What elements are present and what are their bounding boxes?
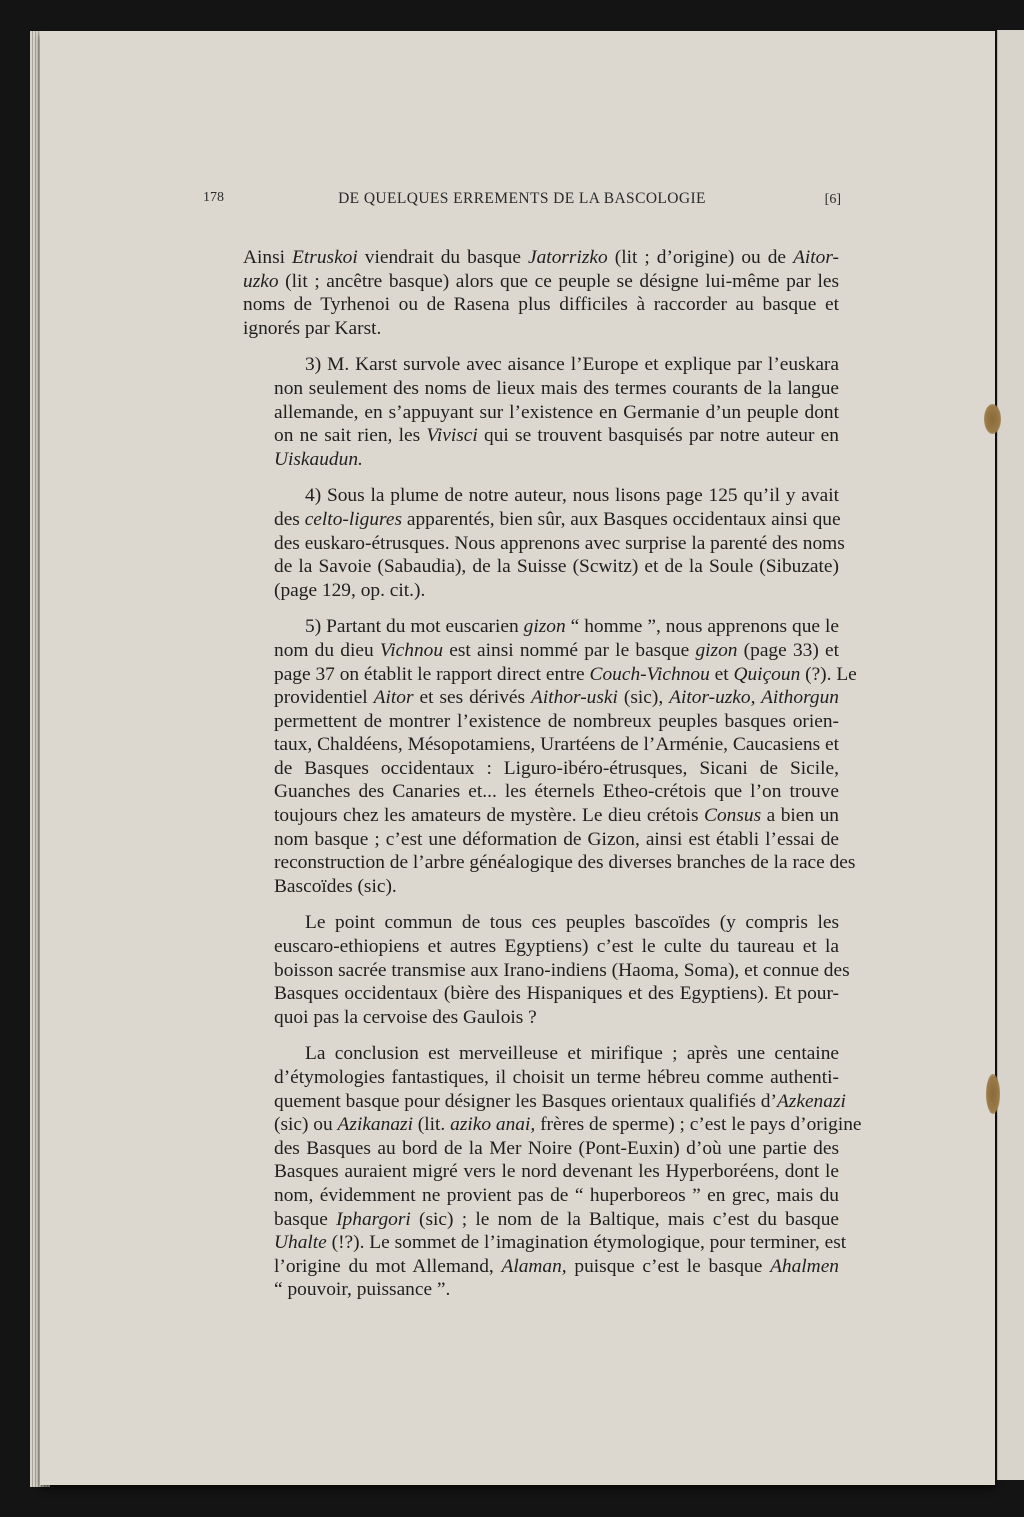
text-line: des celto-ligures apparentés, bien sûr, … — [243, 508, 839, 532]
text-line: (sic) ou Azikanazi (lit. aziko anai, frè… — [243, 1113, 839, 1137]
italic-term: Aitor-uzko, Aithorgun — [669, 687, 839, 708]
text-line: nom, évidemment ne provient pas de “ hup… — [243, 1184, 839, 1208]
text-run: apparentés, bien sûr, aux Basques occide… — [402, 509, 841, 530]
text-run: basque — [274, 1209, 336, 1230]
text-run: et — [710, 664, 734, 685]
text-run: permettent de montrer l’existence de nom… — [274, 711, 839, 732]
text-run: reconstruction de l’arbre généalogique d… — [274, 852, 855, 873]
text-line: basque Iphargori (sic) ; le nom de la Ba… — [243, 1208, 839, 1232]
italic-term: Iphargori — [336, 1209, 411, 1230]
italic-term: Azikanazi — [338, 1114, 413, 1135]
text-run: Bascoïdes (sic). — [274, 876, 397, 897]
text-run: (!?). Le sommet de l’imagination étymolo… — [327, 1232, 846, 1253]
text-line: allemande, en s’appuyant sur l’existence… — [243, 401, 839, 425]
text-run: ignorés par Karst. — [243, 318, 381, 339]
text-line: quoi pas la cervoise des Gaulois ? — [243, 1006, 839, 1030]
text-run: puisque c’est le basque — [567, 1256, 770, 1277]
text-line: Basques auraient migré vers le nord deve… — [243, 1160, 839, 1184]
text-run: (page 33) et — [737, 640, 839, 661]
italic-term: Quiçoun — [733, 664, 800, 685]
text-run: des Basques au bord de la Mer Noire (Pon… — [274, 1138, 839, 1159]
paragraph: 3) M. Karst survole avec aisance l’Europ… — [243, 353, 839, 471]
text-line: La conclusion est merveilleuse et mirifi… — [243, 1042, 839, 1066]
text-run: “ homme ”, nous apprenons que le — [566, 616, 839, 637]
italic-term: Vivisci — [426, 425, 477, 446]
body-text: Ainsi Etruskoi viendrait du basque Jator… — [243, 246, 839, 1315]
text-line: taux, Chaldéens, Mésopotamiens, Urartéen… — [243, 733, 839, 757]
text-run: taux, Chaldéens, Mésopotamiens, Urartéen… — [274, 734, 839, 755]
paragraph: Ainsi Etruskoi viendrait du basque Jator… — [243, 246, 839, 340]
text-run: euscaro-ethiopiens et autres Egyptiens) … — [274, 936, 839, 957]
text-run: (sic) ou — [274, 1114, 338, 1135]
text-run: nom basque ; c’est une déformation de Gi… — [274, 829, 839, 850]
text-run: nom du dieu — [274, 640, 380, 661]
italic-term: celto-ligures — [305, 509, 402, 530]
text-line: reconstruction de l’arbre généalogique d… — [243, 851, 839, 875]
paragraph: 5) Partant du mot euscarien gizon “ homm… — [243, 615, 839, 898]
text-line: ignorés par Karst. — [243, 317, 839, 341]
italic-term: Ahalmen — [770, 1256, 839, 1277]
binding-stain-upper — [984, 404, 1001, 434]
italic-term: Uhalte — [274, 1232, 327, 1253]
text-line: Basques occidentaux (bière des Hispaniqu… — [243, 982, 839, 1006]
text-line: d’étymologies fantastiques, il choisit u… — [243, 1066, 839, 1090]
text-line: 5) Partant du mot euscarien gizon “ homm… — [243, 615, 839, 639]
text-run: de Basques occidentaux : Liguro-ibéro-ét… — [274, 758, 839, 779]
text-run: a bien un — [761, 805, 839, 826]
text-run: qui se trouvent basquisés par notre aute… — [478, 425, 839, 446]
text-run: Basques auraient migré vers le nord deve… — [274, 1161, 839, 1182]
text-line: toujours chez les amateurs de mystère. L… — [243, 804, 839, 828]
text-line: Guanches des Canaries et... les éternels… — [243, 780, 839, 804]
text-run: (page 129, op. cit.). — [274, 580, 425, 601]
text-line: des Basques au bord de la Mer Noire (Pon… — [243, 1137, 839, 1161]
italic-term: gizon — [695, 640, 737, 661]
italic-term: Vichnou — [380, 640, 443, 661]
text-line: 4) Sous la plume de notre auteur, nous l… — [243, 484, 839, 508]
text-run: on ne sait rien, les — [274, 425, 426, 446]
text-line: de la Savoie (Sabaudia), de la Suisse (S… — [243, 555, 839, 579]
text-line: (page 129, op. cit.). — [243, 579, 839, 603]
text-line: euscaro-ethiopiens et autres Egyptiens) … — [243, 935, 839, 959]
text-run: Le point commun de tous ces peuples basc… — [305, 912, 839, 933]
italic-term: Aithor-uski — [531, 687, 618, 708]
italic-term: Aitor- — [793, 247, 839, 268]
text-line: uzko (lit ; ancêtre basque) alors que ce… — [243, 270, 839, 294]
italic-term: Couch-Vichnou — [590, 664, 710, 685]
text-run: boisson sacrée transmise aux Irano-indie… — [274, 960, 850, 981]
text-line: Uhalte (!?). Le sommet de l’imagination … — [243, 1231, 839, 1255]
text-run: viendrait du basque — [358, 247, 528, 268]
text-run: non seulement des noms de lieux mais des… — [274, 378, 839, 399]
text-run: nom, évidemment ne provient pas de “ hup… — [274, 1185, 839, 1206]
text-run: 3) M. Karst survole avec aisance l’Europ… — [305, 354, 839, 375]
text-run: quoi pas la cervoise des Gaulois ? — [274, 1007, 537, 1028]
text-line: de Basques occidentaux : Liguro-ibéro-ét… — [243, 757, 839, 781]
text-line: boisson sacrée transmise aux Irano-indie… — [243, 959, 839, 983]
text-line: nom du dieu Vichnou est ainsi nommé par … — [243, 639, 839, 663]
text-line: noms de Tyrhenoi ou de Rasena plus diffi… — [243, 293, 839, 317]
text-run: (?). Le — [800, 664, 857, 685]
text-line: non seulement des noms de lieux mais des… — [243, 377, 839, 401]
text-run: allemande, en s’appuyant sur l’existence… — [274, 402, 839, 423]
text-run: (lit. — [413, 1114, 450, 1135]
binding-stain-lower — [986, 1074, 1000, 1114]
text-run: noms de Tyrhenoi ou de Rasena plus diffi… — [243, 294, 839, 315]
text-run: La conclusion est merveilleuse et mirifi… — [305, 1043, 839, 1064]
text-line: “ pouvoir, puissance ”. — [243, 1278, 839, 1302]
italic-term: Uiskaudun. — [274, 449, 363, 470]
text-line: Le point commun de tous ces peuples basc… — [243, 911, 839, 935]
text-line: Ainsi Etruskoi viendrait du basque Jator… — [243, 246, 839, 270]
text-run: est ainsi nommé par le basque — [443, 640, 695, 661]
text-run: (sic), — [618, 687, 669, 708]
text-run: et ses dérivés — [414, 687, 532, 708]
text-line: 3) M. Karst survole avec aisance l’Europ… — [243, 353, 839, 377]
text-run: des euskaro-étrusques. Nous apprenons av… — [274, 533, 845, 554]
italic-term: Consus — [704, 805, 761, 826]
italic-term: uzko — [243, 271, 279, 292]
text-line: page 37 on établit le rapport direct ent… — [243, 663, 839, 687]
text-line: providentiel Aitor et ses dérivés Aithor… — [243, 686, 839, 710]
text-run: quement basque pour désigner les Basques… — [274, 1091, 777, 1112]
text-run: (sic) ; le nom de la Baltique, mais c’es… — [411, 1209, 839, 1230]
running-title: DE QUELQUES ERREMENTS DE LA BASCOLOGIE — [203, 190, 841, 208]
text-run: (lit ; ancêtre basque) alors que ce peup… — [279, 271, 839, 292]
italic-term: Azkenazi — [777, 1091, 846, 1112]
text-line: on ne sait rien, les Vivisci qui se trou… — [243, 424, 839, 448]
text-run: d’étymologies fantastiques, il choisit u… — [274, 1067, 839, 1088]
text-run: Ainsi — [243, 247, 292, 268]
text-run: Basques occidentaux (bière des Hispaniqu… — [274, 983, 839, 1004]
text-run: 4) Sous la plume de notre auteur, nous l… — [305, 485, 839, 506]
paragraph: Le point commun de tous ces peuples basc… — [243, 911, 839, 1029]
text-run: providentiel — [274, 687, 374, 708]
italic-term: Jatorrizko — [528, 247, 608, 268]
paragraph: 4) Sous la plume de notre auteur, nous l… — [243, 484, 839, 602]
text-line: l’origine du mot Allemand, Alaman, puisq… — [243, 1255, 839, 1279]
text-line: Bascoïdes (sic). — [243, 875, 839, 899]
text-run: frères de sperme) ; c’est le pays d’orig… — [535, 1114, 861, 1135]
text-run: Guanches des Canaries et... les éternels… — [274, 781, 839, 802]
italic-term: Alaman, — [501, 1256, 566, 1277]
italic-term: Aitor — [374, 687, 414, 708]
text-run: l’origine du mot Allemand, — [274, 1256, 501, 1277]
paragraph: La conclusion est merveilleuse et mirifi… — [243, 1042, 839, 1302]
text-run: (lit ; d’origine) ou de — [608, 247, 793, 268]
text-line: permettent de montrer l’existence de nom… — [243, 710, 839, 734]
section-marker: [6] — [825, 192, 841, 208]
text-run: “ pouvoir, puissance ”. — [274, 1279, 450, 1300]
text-line: nom basque ; c’est une déformation de Gi… — [243, 828, 839, 852]
text-line: quement basque pour désigner les Basques… — [243, 1090, 839, 1114]
text-line: Uiskaudun. — [243, 448, 839, 472]
text-run: des — [274, 509, 305, 530]
text-run: toujours chez les amateurs de mystère. L… — [274, 805, 704, 826]
text-run: 5) Partant du mot euscarien — [305, 616, 524, 637]
running-header: 178 DE QUELQUES ERREMENTS DE LA BASCOLOG… — [203, 190, 841, 214]
text-run: page 37 on établit le rapport direct ent… — [274, 664, 590, 685]
italic-term: gizon — [524, 616, 566, 637]
text-line: des euskaro-étrusques. Nous apprenons av… — [243, 532, 839, 556]
facing-page-edge — [997, 30, 1024, 1480]
text-run: de la Savoie (Sabaudia), de la Suisse (S… — [274, 556, 839, 577]
italic-term: Etruskoi — [292, 247, 358, 268]
italic-term: aziko anai, — [450, 1114, 535, 1135]
